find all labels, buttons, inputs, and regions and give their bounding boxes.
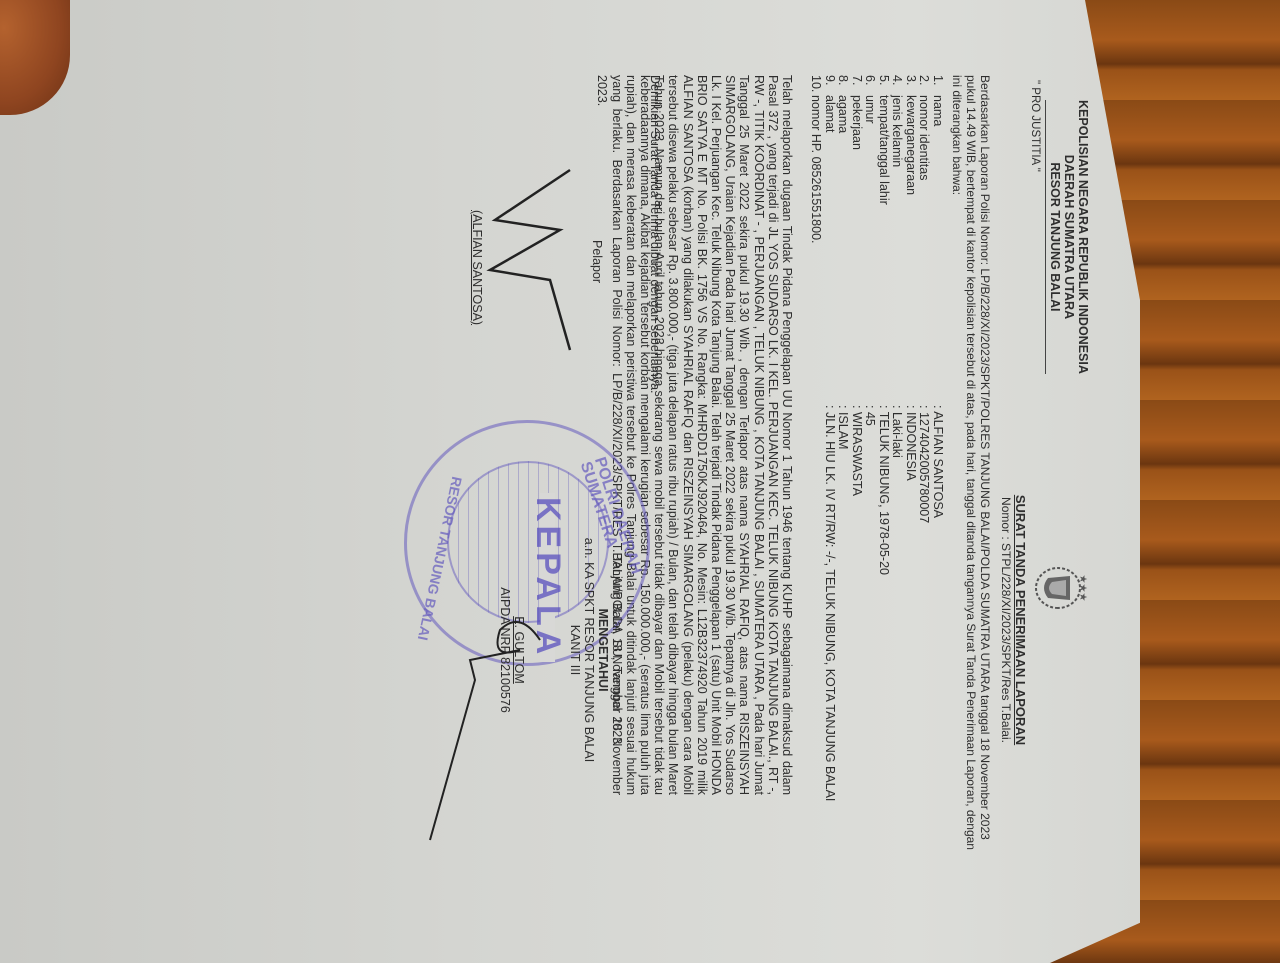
field-row: 4.jenis kelamin: Laki-laki	[890, 75, 904, 895]
police-crest-icon: ★★★	[1030, 560, 1092, 616]
title-block: SURAT TANDA PENERIMAAN LAPORAN Nomor : S…	[998, 410, 1028, 830]
reporter-fields: 1.nama: ALFIAN SANTOSA 2.nomor identitas…	[809, 75, 944, 895]
field-row: 7.pekerjaan: WIRASWASTA	[850, 75, 864, 895]
letterhead: KEPOLISIAN NEGARA REPUBLIK INDONESIA DAE…	[1045, 100, 1090, 374]
letterhead-line-2: DAERAH SUMATRA UTARA	[1062, 100, 1076, 374]
on-behalf: a.n. KA SPKT RESOR TANJUNG BALAI	[582, 470, 596, 830]
officer-signature	[410, 600, 560, 860]
reporter-name: (ALFIAN SANTOSA)	[469, 210, 484, 325]
field-row: 5.tempat/tanggal lahir: TELUK NIBUNG, 19…	[877, 75, 891, 895]
reporter-role: Pelapor	[589, 240, 604, 283]
report-body: Telah melaporkan dugaan Tindak Pidana Pe…	[595, 75, 794, 795]
field-row: 10.nomor HP. 085261551800.	[809, 75, 823, 895]
reporter-signature	[480, 160, 590, 360]
closing-statement: Demikian Surat Tanda Terima dibuat denga…	[647, 75, 662, 394]
field-row: 3.kewarganegaraan: INDONESIA	[904, 75, 918, 895]
letterhead-line-1: KEPOLISIAN NEGARA REPUBLIK INDONESIA	[1076, 100, 1090, 374]
document-number: Nomor : STPL/228/XI/2023/SPKT/Res T.Bala…	[998, 410, 1013, 830]
svg-text:★★★: ★★★	[1077, 575, 1088, 602]
field-row: 9.alamat: JLN. HIU LK. IV RT/RW: -/-, TE…	[823, 75, 837, 895]
letterhead-line-3: RESOR TANJUNG BALAI	[1045, 100, 1062, 374]
acknowledge-label: MENGETAHUI	[596, 470, 610, 830]
field-row: 8.agama: ISLAM	[836, 75, 850, 895]
intro-paragraph: Berdasarkan Laporan Polisi Nomor: LP/B/2…	[950, 75, 992, 865]
signatory-unit: KANIT III	[568, 470, 582, 830]
document: KEPOLISIAN NEGARA REPUBLIK INDONESIA DAE…	[130, 40, 1090, 940]
document-title: SURAT TANDA PENERIMAAN LAPORAN	[1013, 410, 1028, 830]
pro-justitia: " PRO JUSTITIA "	[1027, 80, 1042, 172]
field-row: 2.nomor identitas: 1274042005780007	[917, 75, 931, 895]
field-row: 6.umur: 45	[863, 75, 877, 895]
field-row: 1.nama: ALFIAN SANTOSA	[931, 75, 945, 895]
place-date: Tanjung Balai, 18 November 2023	[610, 470, 624, 830]
